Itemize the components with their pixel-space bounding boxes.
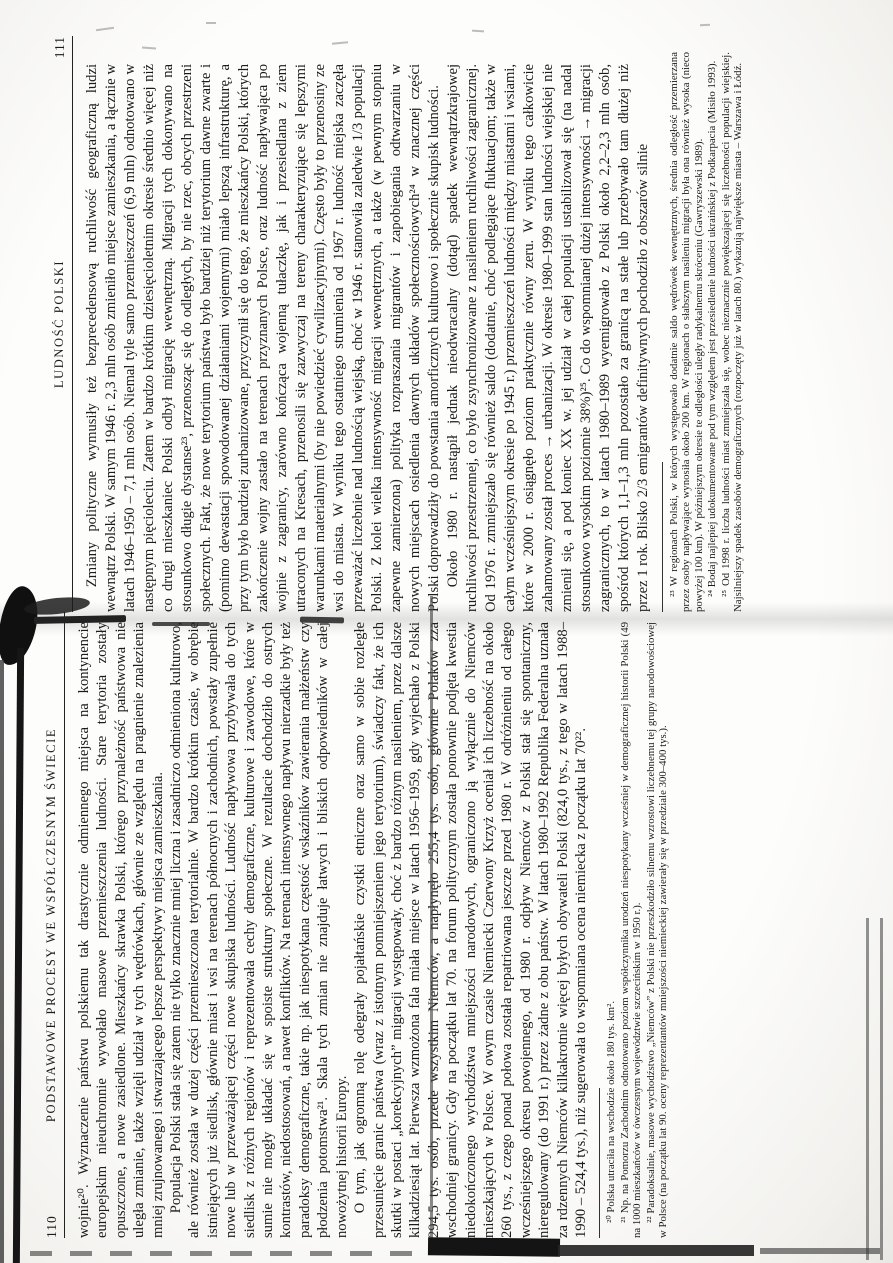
scan-edge-band	[428, 1237, 560, 1256]
footnotes: ²⁰ Polska utraciła na wschodzie około 18…	[605, 622, 669, 1238]
running-head-right: LUDNOŚĆ POLSKI 111	[46, 36, 70, 612]
running-head-title: LUDNOŚĆ POLSKI	[52, 260, 67, 388]
footnote: ²¹ Np. na Pomorzu Zachodnim odnotowano p…	[619, 622, 644, 1238]
scan-edge-band	[30, 1251, 428, 1256]
header-rule	[64, 612, 65, 1238]
body-text: Zmiany polityczne wymusiły też bezpreced…	[83, 64, 653, 612]
gutter-shadow	[0, 602, 893, 636]
pencil-mark	[206, 22, 216, 24]
footnote: ²⁵ Od 1998 r. liczba ludności miast zmni…	[720, 52, 745, 612]
pencil-mark	[700, 24, 710, 27]
footnote-rule	[662, 462, 663, 612]
footnote: ²² Paradoksalnie, masowe wychodźstwo „Ni…	[645, 622, 670, 1238]
running-head-title: PODSTAWOWE PROCESY WE WSPÓŁCZESNYM ŚWIEC…	[44, 728, 59, 1122]
spine-line-artifact	[430, 596, 433, 1244]
footnote: ²³ W regionach Polski, w których występo…	[668, 52, 705, 612]
scanned-book-spread: LUDNOŚĆ POLSKI 111 Zmiany polityczne wym…	[0, 0, 893, 1263]
body-text: wojnie²⁰. Wyznaczenie państwu polskiemu …	[75, 622, 590, 1238]
page-edge-shadow	[13, 648, 24, 1263]
paragraph: wojnie²⁰. Wyznaczenie państwu polskiemu …	[75, 622, 167, 1238]
footnote: ²⁰ Polska utraciła na wschodzie około 18…	[605, 622, 617, 1238]
footnote: ²⁴ Bodaj najlepiej udokumentowane pod ty…	[706, 52, 718, 612]
page-110-content: 110 PODSTAWOWE PROCESY WE WSPÓŁCZESNYM Ś…	[38, 612, 868, 1238]
pencil-mark	[96, 27, 114, 31]
footnote-rule	[599, 1088, 600, 1238]
page-edge-shadow	[0, 660, 4, 1263]
paragraph: Populacja Polski stała się zatem nie tyl…	[167, 622, 351, 1238]
pencil-mark	[472, 30, 484, 33]
page-110: 110 PODSTAWOWE PROCESY WE WSPÓŁCZESNYM Ś…	[38, 612, 868, 1238]
smudge-artifact	[152, 622, 210, 626]
smudge-artifact	[300, 617, 344, 624]
scan-edge-band	[558, 1245, 754, 1256]
header-rule	[72, 36, 73, 612]
page-number: 110	[44, 1215, 60, 1238]
footnotes: ²³ W regionach Polski, w których występo…	[668, 52, 744, 612]
scan-edge-streaks	[860, 918, 886, 1260]
paragraph: O tym, jak ogromną rolę odegrały pojałta…	[351, 622, 590, 1238]
running-head-left: 110 PODSTAWOWE PROCESY WE WSPÓŁCZESNYM Ś…	[38, 612, 62, 1238]
paragraph: Zmiany polityczne wymusiły też bezpreced…	[83, 64, 444, 612]
page-111-content: LUDNOŚĆ POLSKI 111 Zmiany polityczne wym…	[46, 36, 870, 612]
page-111: LUDNOŚĆ POLSKI 111 Zmiany polityczne wym…	[46, 36, 870, 612]
paragraph: Około 1980 r. nastąpił jednak nieodwraca…	[444, 64, 653, 612]
page-number: 111	[52, 36, 68, 58]
